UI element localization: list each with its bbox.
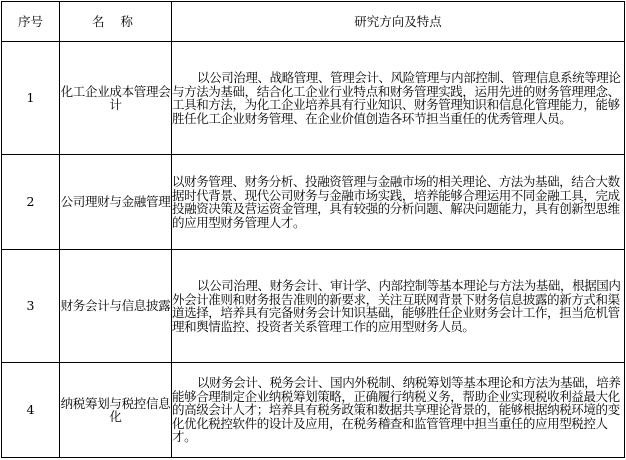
row-description: 以公司治理、战略管理、管理会计、风险管理与内部控制、管理信息系统等理论与方法为基… bbox=[172, 42, 625, 155]
row-name: 公司理财与金融管理 bbox=[60, 155, 172, 250]
row-index: 4 bbox=[2, 363, 60, 458]
header-index: 序号 bbox=[2, 2, 60, 42]
row-index: 3 bbox=[2, 250, 60, 363]
table-row: 2 公司理财与金融管理 以财务管理、财务分析、投融资管理与金融市场的相关理论、方… bbox=[2, 155, 625, 250]
row-name: 化工企业成本管理会计 bbox=[60, 42, 172, 155]
table-row: 1 化工企业成本管理会计 以公司治理、战略管理、管理会计、风险管理与内部控制、管… bbox=[2, 42, 625, 155]
row-name: 纳税筹划与税控信息化 bbox=[60, 363, 172, 458]
row-name: 财务会计与信息披露 bbox=[60, 250, 172, 363]
row-description: 以公司治理、财务会计、审计学、内部控制等基本理论与方法为基础，根据国内外会计准则… bbox=[172, 250, 625, 363]
row-index: 1 bbox=[2, 42, 60, 155]
row-index: 2 bbox=[2, 155, 60, 250]
row-description: 以财务管理、财务分析、投融资管理与金融市场的相关理论、方法为基础，结合大数据时代… bbox=[172, 155, 625, 250]
header-name: 名 称 bbox=[60, 2, 172, 42]
header-description: 研究方向及特点 bbox=[172, 2, 625, 42]
row-description: 以财务会计、税务会计、国内外税制、纳税筹划等基本理论和方法为基础，培养能够合理制… bbox=[172, 363, 625, 458]
table-row: 3 财务会计与信息披露 以公司治理、财务会计、审计学、内部控制等基本理论与方法为… bbox=[2, 250, 625, 363]
table-row: 4 纳税筹划与税控信息化 以财务会计、税务会计、国内外税制、纳税筹划等基本理论和… bbox=[2, 363, 625, 458]
research-directions-table: 序号 名 称 研究方向及特点 1 化工企业成本管理会计 以公司治理、战略管理、管… bbox=[1, 1, 625, 458]
table-header-row: 序号 名 称 研究方向及特点 bbox=[2, 2, 625, 42]
